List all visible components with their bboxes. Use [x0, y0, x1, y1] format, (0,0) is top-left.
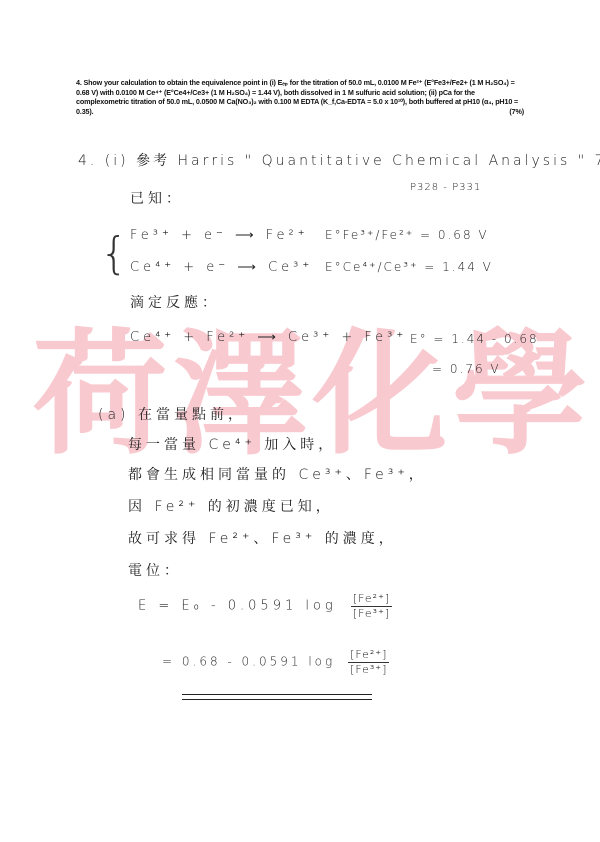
known-label: 已知： — [130, 188, 184, 208]
part-a-line: 每一當量 Ce⁴⁺ 加入時， — [128, 434, 336, 454]
part-a-line: (a) 在當量點前， — [98, 404, 246, 424]
part-a-line: 故可求得 Fe²⁺、Fe³⁺ 的濃度， — [128, 528, 397, 548]
question-points: (7%) — [509, 107, 524, 117]
titration-result: = 0.76 V — [432, 362, 501, 376]
formula-1: E = E₀ - 0.0591 log [Fe²⁺] [Fe³⁺] — [138, 592, 392, 620]
titration-label: 滴定反應： — [130, 292, 220, 312]
formula-2-numerator: [Fe²⁺] — [348, 648, 389, 663]
question-body: 4. Show your calculation to obtain the e… — [76, 78, 518, 116]
part-a-line: 電位： — [128, 560, 182, 580]
potential-fe: E°Fe³⁺/Fe²⁺ = 0.68 V — [325, 228, 489, 242]
brace: { — [100, 228, 128, 279]
formula-2: = 0.68 - 0.0591 log [Fe²⁺] [Fe³⁺] — [162, 648, 389, 676]
titration-e0: E° = 1.44 - 0.68 — [410, 332, 539, 346]
watermark-char: 學 — [450, 325, 590, 465]
reaction-ce: Ce⁴⁺ + e⁻ ⟶ Ce³⁺ — [130, 260, 313, 275]
titration-equation: Ce⁴⁺ + Fe²⁺ ⟶ Ce³⁺ + Fe³⁺ — [130, 330, 407, 345]
formula-2-denominator: [Fe³⁺] — [348, 663, 389, 676]
reference-pages: P328 - P331 — [410, 182, 481, 193]
answer-heading: 4. (i) 參考 Harris " Quantitative Chemical… — [78, 150, 600, 170]
formula-1-fraction: [Fe²⁺] [Fe³⁺] — [351, 592, 392, 620]
part-a-line: 因 Fe²⁺ 的初濃度已知， — [128, 496, 334, 516]
formula-1-lhs: E = E₀ - 0.0591 log — [138, 599, 337, 614]
formula-1-numerator: [Fe²⁺] — [351, 592, 392, 607]
question-text: 4. Show your calculation to obtain the e… — [76, 78, 526, 116]
formula-2-fraction: [Fe²⁺] [Fe³⁺] — [348, 648, 389, 676]
reaction-fe: Fe³⁺ + e⁻ ⟶ Fe²⁺ — [130, 228, 309, 243]
formula-1-denominator: [Fe³⁺] — [351, 607, 392, 620]
formula-2-lhs: = 0.68 - 0.0591 log — [162, 655, 335, 669]
part-a-line: 都會生成相同當量的 Ce³⁺、Fe³⁺， — [128, 464, 427, 484]
potential-ce: E°Ce⁴⁺/Ce³⁺ = 1.44 V — [325, 260, 493, 274]
double-underline — [182, 694, 372, 700]
